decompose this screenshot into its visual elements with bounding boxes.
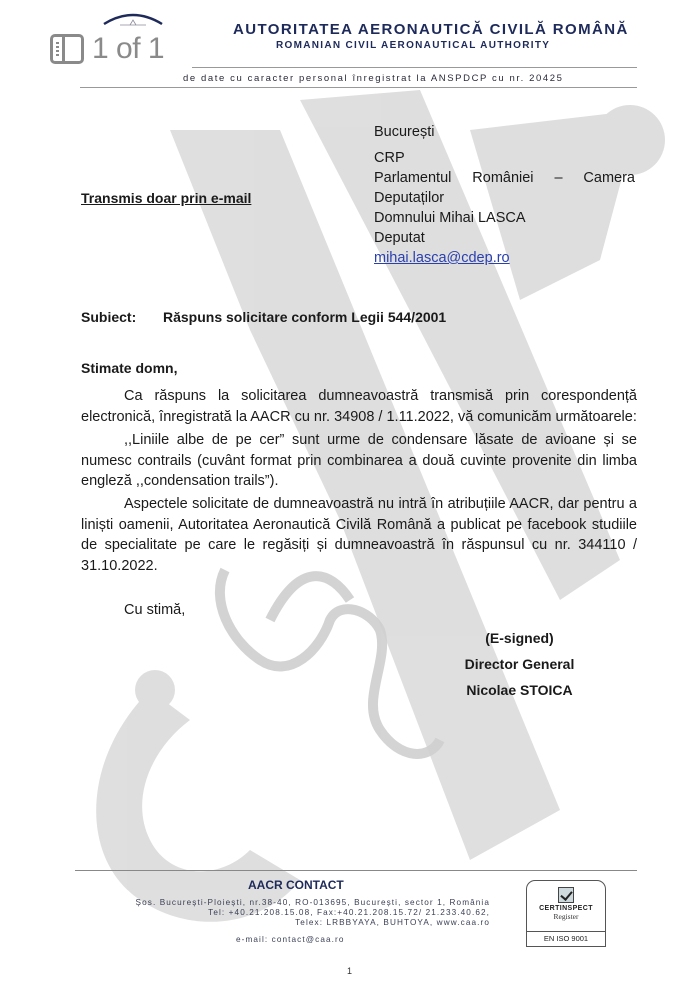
footer-address: Șos. București-Ploiești, nr.38-40, RO-01… (80, 898, 490, 928)
footer-address-line: Șos. București-Ploiești, nr.38-40, RO-01… (80, 898, 490, 908)
recipient-line4: Domnului Mihai LASCA (374, 208, 635, 228)
signature-status: (E-signed) (437, 628, 602, 648)
closing: Cu stimă, (124, 600, 185, 620)
signature-title: Director General (437, 654, 602, 674)
recipient-block: București CRP Parlamentul României – Cam… (374, 122, 635, 268)
recipient-line3: Deputaților (374, 188, 635, 208)
subject-line: Subiect:Răspuns solicitare conform Legii… (81, 307, 446, 327)
recipient-line1: CRP (374, 148, 635, 168)
page-count: 1 of 1 (92, 32, 164, 66)
footer-address-line: Telex: LRBBYAYA, BUHTOYA, www.caa.ro (80, 918, 490, 928)
page-indicator[interactable]: 1 of 1 (50, 32, 164, 66)
salutation: Stimate domn, (81, 358, 177, 378)
sidebar-toggle-icon[interactable] (50, 34, 84, 64)
recipient-word: Camera (583, 168, 635, 188)
org-name-ro: AUTORITATEA AERONAUTICĂ CIVILĂ ROMÂNĂ (233, 21, 629, 38)
delivery-note: Transmis doar prin e-mail (81, 188, 251, 208)
cert-register: Register (527, 912, 605, 921)
signature-name: Nicolae STOICA (437, 680, 602, 700)
footer-title: AACR CONTACT (248, 878, 344, 892)
recipient-line2: Parlamentul României – Camera (374, 168, 635, 188)
subject-label: Subiect: (81, 307, 163, 327)
page-number: 1 (347, 966, 352, 976)
paragraph: Aspectele solicitate de dumneavoastră nu… (81, 494, 637, 576)
checkbox-certificate-icon (558, 887, 574, 903)
footer-divider (75, 870, 637, 871)
paragraph: ,,Liniile albe de pe cer” sunt urme de c… (81, 430, 637, 492)
aacr-logo-icon (100, 10, 166, 30)
footer-email: e-mail: contact@caa.ro (236, 935, 345, 944)
recipient-word: Parlamentul (374, 168, 451, 188)
recipient-city: București (374, 122, 635, 142)
subject-text: Răspuns solicitare conform Legii 544/200… (163, 309, 446, 325)
cert-brand: CERTINSPECT (527, 905, 605, 912)
certification-badge: CERTINSPECT Register EN ISO 9001 (526, 880, 606, 947)
footer-address-line: Tel: +40.21.208.15.08, Fax:+40.21.208.15… (80, 908, 490, 918)
header-divider-bottom (80, 87, 637, 88)
registration-note: de date cu caracter personal înregistrat… (183, 73, 564, 84)
paragraph: Ca răspuns la solicitarea dumneavoastră … (81, 386, 637, 427)
recipient-word: României (472, 168, 533, 188)
recipient-line5: Deputat (374, 228, 635, 248)
recipient-word: – (554, 168, 562, 188)
letter-body: București CRP Parlamentul României – Cam… (0, 0, 700, 990)
header-divider (192, 67, 637, 68)
cert-standard: EN ISO 9001 (527, 931, 605, 946)
org-name-en: ROMANIAN CIVIL AERONAUTICAL AUTHORITY (276, 40, 550, 51)
recipient-email-link[interactable]: mihai.lasca@cdep.ro (374, 248, 635, 268)
